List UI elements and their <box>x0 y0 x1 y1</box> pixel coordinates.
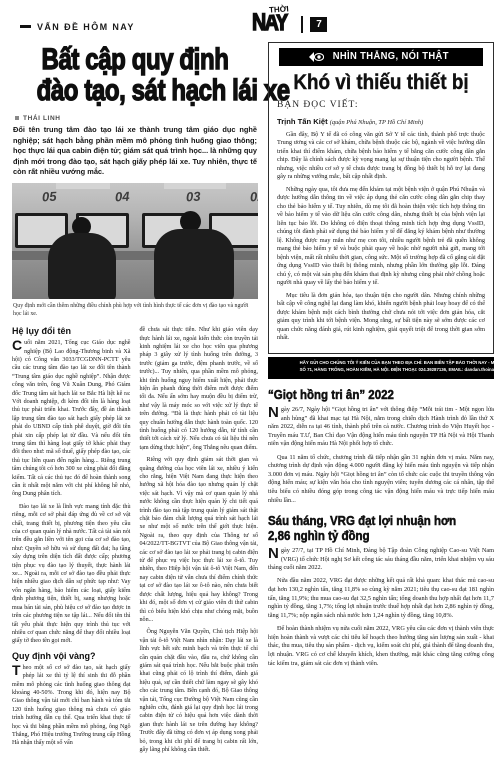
body-paragraph: Ông Nguyễn Văn Quyền, Chủ tịch Hiệp hội … <box>140 628 259 754</box>
article-photo: 05 04 03 02 <box>12 183 258 299</box>
masthead-logo: NAY THỜI <box>252 10 294 38</box>
headline-line2: đào tạo, sát hạch lái xe <box>37 75 234 106</box>
masthead: NAY THỜI 7 <box>252 10 327 38</box>
news-paragraph: Nửa đầu năm 2022, VRG đạt được những kết… <box>268 577 494 620</box>
article-headline: Bất cập quy định đào tạo, sát hạch lái x… <box>12 44 258 106</box>
news-paragraph: Ngày 27/7, tại TP Hồ Chí Minh, Đảng bộ T… <box>268 547 494 573</box>
section-kicker: VẤN ĐỀ HÔM NAY <box>20 22 135 32</box>
reader-kicker: BẠN ĐỌC VIẾT: <box>277 100 485 110</box>
feedback-address-bar: HÃY GỬI CHO CHÚNG TÔI Ý KIẾN CỦA BẠN THE… <box>268 357 494 379</box>
news-heading-line2: 2,86 nghìn tỷ đồng <box>268 529 476 543</box>
body-paragraph: Theo một số cơ sở đào tạo, sát hạch giấy… <box>12 664 131 748</box>
main-article: Bất cập quy định đào tạo, sát hạch lái x… <box>12 44 258 758</box>
body-paragraph: Riêng với quy định giám sát thời gian và… <box>140 456 259 624</box>
reader-letter-box: NHÌN THẲNG, NÓI THẬT Khó vì thiếu thiết … <box>268 42 494 354</box>
headline-line1: Bất cập quy định <box>37 44 234 75</box>
section-heading-he-luy: Hệ lụy đổi tên <box>12 326 131 336</box>
news-item-vrg: Sáu tháng, VRG đạt lợi nhuận hơn 2,86 ng… <box>268 514 494 668</box>
news-heading-giot-hong: “Giọt hồng tri ân” 2022 <box>268 388 476 402</box>
body-column-2: đề chưa sát thực tiễn. Như khi giáo viên… <box>140 326 259 758</box>
reader-author-line: Trịnh Tấn Kiệt (quận Phú Nhuận, TP Hồ Ch… <box>277 117 485 126</box>
photo-person-torso <box>48 233 116 299</box>
page-header: VẤN ĐỀ HÔM NAY NAY THỜI 7 <box>20 8 492 42</box>
newspaper-page: VẤN ĐỀ HÔM NAY NAY THỜI 7 Bất cập quy đị… <box>0 0 500 776</box>
photo-chair <box>164 183 226 189</box>
body-paragraph: đề chưa sát thực tiễn. Như khi giáo viên… <box>140 326 259 452</box>
news-heading-text: “Giọt hồng tri ân” 2022 <box>268 388 476 402</box>
right-column: NHÌN THẲNG, NÓI THẬT Khó vì thiếu thiết … <box>268 42 494 673</box>
feedback-address-line2: SỐ 71, HÀNG TRỐNG, HOÀN KIẾM, HÀ NỘI. ĐI… <box>300 368 463 374</box>
photo-person-torso <box>154 229 234 299</box>
news-paragraph: Qua 11 năm tổ chức, chương trình đã tiếp… <box>268 454 494 506</box>
reader-paragraph: Những ngày qua, tôi đưa mẹ đến khám tại … <box>277 186 485 288</box>
news-paragraph: Để hoàn thành nhiệm vụ nửa cuối năm 2022… <box>268 625 494 668</box>
byline-name: THÁI LINH <box>23 115 61 122</box>
article-lede: Đổi tên trung tâm đào tạo lái xe thành t… <box>13 125 257 178</box>
photo-booth-number: 02 <box>250 188 258 204</box>
body-column-1: Hệ lụy đổi tên Cuối năm 2021, Tổng cục G… <box>12 326 131 758</box>
reader-author-name: Trịnh Tấn Kiệt <box>277 117 328 126</box>
byline: THÁI LINH <box>15 115 258 122</box>
body-paragraph: Đào tạo lái xe là lĩnh vực mang tính đặc… <box>12 503 131 646</box>
byline-bullet-icon <box>15 116 19 120</box>
reader-author-location: (quận Phú Nhuận, TP Hồ Chí Minh) <box>330 119 423 126</box>
article-body-columns: Hệ lụy đổi tên Cuối năm 2021, Tổng cục G… <box>12 326 258 758</box>
logo-small-text: THỜI <box>268 4 290 14</box>
photo-booth-number: 05 <box>42 188 57 204</box>
masthead-separator <box>301 16 303 33</box>
page-number-badge: 7 <box>310 17 327 32</box>
news-item-giot-hong: “Giọt hồng tri ân” 2022 Ngày 26/7, Ngày … <box>268 388 494 506</box>
photo-booth-number: 04 <box>115 188 130 204</box>
photo-booth-number: 03 <box>186 188 201 204</box>
photo-caption: Quy định mới cần thêm những điều chỉnh p… <box>13 302 257 319</box>
news-paragraph: Ngày 26/7, Ngày hội “Giọt hồng tri ân” v… <box>268 406 494 449</box>
news-heading-vrg: Sáu tháng, VRG đạt lợi nhuận hơn 2,86 ng… <box>268 514 476 543</box>
reader-box-banner: NHÌN THẲNG, NÓI THẬT <box>279 48 483 66</box>
kicker-label: VẤN ĐỀ HÔM NAY <box>37 22 135 32</box>
photo-chair <box>56 183 110 189</box>
news-heading-line1: Sáu tháng, VRG đạt lợi nhuận hơn <box>268 514 476 528</box>
body-paragraph: Cuối năm 2021, Tổng cục Giáo dục nghề ng… <box>12 339 131 499</box>
banner-label: NHÌN THẲNG, NÓI THẬT <box>333 51 449 62</box>
reader-paragraph: Mục tiêu là đơn giản hóa, tạo thuận tiện… <box>277 292 485 343</box>
reader-paragraph: Gần đây, Bộ Y tế đã có công văn gửi Sở Y… <box>277 131 485 182</box>
eye-icon <box>309 52 324 62</box>
feedback-address-line1: HÃY GỬI CHO CHÚNG TÔI Ý KIẾN CỦA BẠN THE… <box>300 361 463 367</box>
section-heading-quy-dinh: Quy định vội vàng? <box>12 651 131 661</box>
reader-headline: Khó vì thiếu thiết bị <box>287 71 474 95</box>
kicker-dash-icon <box>20 25 31 29</box>
